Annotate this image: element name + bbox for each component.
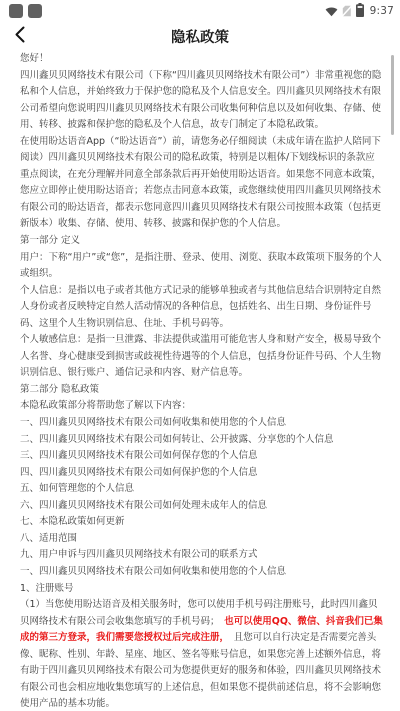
policy-paragraph: 四、四川鑫贝贝网络技术有限公司如何保护您的个人信息 <box>20 465 384 482</box>
policy-text-segment: 一、四川鑫贝贝网络技术有限公司如何收集和使用您的个人信息 <box>20 566 286 577</box>
policy-text-segment: 一、四川鑫贝贝网络技术有限公司如何收集和使用您的个人信息 <box>20 417 286 428</box>
policy-text-segment: 四川鑫贝贝网络技术有限公司（下称“四川鑫贝贝网络技术有限公司”）非常重视您的隐私… <box>20 70 381 131</box>
header: 隐私政策 <box>0 22 400 48</box>
policy-paragraph: 二、四川鑫贝贝网络技术有限公司如何转让、公开披露、分享您的个人信息 <box>20 432 384 449</box>
policy-paragraph: 八、适用范围 <box>20 531 384 548</box>
policy-paragraph: 个人信息：是指以电子或者其他方式记录的能够单独或者与其他信息结合识别特定自然人身… <box>20 283 384 333</box>
policy-text-segment: 五、如何管理您的个人信息 <box>20 483 134 494</box>
policy-text-segment: 第一部分 定义 <box>20 235 80 246</box>
policy-text-segment: 个人敏感信息：是指一旦泄露、非法提供或滥用可能危害人身和财产安全，极易导致个人名… <box>20 334 381 378</box>
status-bar-right: 9:37 <box>325 2 396 21</box>
policy-text-segment: 二、四川鑫贝贝网络技术有限公司如何转让、公开披露、分享您的个人信息 <box>20 434 334 445</box>
policy-text-segment: 本隐私政策部分将帮助您了解以下内容： <box>20 400 191 411</box>
scrollbar-thumb[interactable] <box>391 55 394 135</box>
policy-paragraph: 一、四川鑫贝贝网络技术有限公司如何收集和使用您的个人信息 <box>20 564 384 581</box>
policy-text-segment: 三、四川鑫贝贝网络技术有限公司如何保存您的个人信息 <box>20 450 258 461</box>
policy-text-segment: 在使用盼达语音App（“盼达语音”）前，请您务必仔细阅读（未成年请在监护人陪同下… <box>20 136 381 230</box>
policy-text-segment: 九、用户申诉与四川鑫贝贝网络技术有限公司的联系方式 <box>20 549 258 560</box>
policy-paragraph: 一、四川鑫贝贝网络技术有限公司如何收集和使用您的个人信息 <box>20 415 384 432</box>
policy-text-segment: 六、四川鑫贝贝网络技术有限公司如何处理未成年人的信息 <box>20 500 267 511</box>
notification-icon <box>28 4 42 18</box>
policy-paragraph: 本隐私政策部分将帮助您了解以下内容： <box>20 398 384 415</box>
policy-paragraph: 第一部分 定义 <box>20 233 384 250</box>
policy-paragraph: 1、注册账号 <box>20 581 384 598</box>
policy-text-segment: 个人信息：是指以电子或者其他方式记录的能够单独或者与其他信息结合识别特定自然人身… <box>20 285 381 329</box>
policy-paragraph: 三、四川鑫贝贝网络技术有限公司如何保存您的个人信息 <box>20 448 384 465</box>
battery-icon <box>356 2 364 21</box>
policy-text-segment: 第二部分 隐私政策 <box>20 384 99 395</box>
policy-paragraph: 在使用盼达语音App（“盼达语音”）前，请您务必仔细阅读（未成年请在监护人陪同下… <box>20 134 384 233</box>
policy-paragraph: （1）当您使用盼达语音及相关服务时，您可以使用手机号码注册账号，此时四川鑫贝贝网… <box>20 597 384 711</box>
policy-paragraph: 个人敏感信息：是指一旦泄露、非法提供或滥用可能危害人身和财产安全，极易导致个人名… <box>20 332 384 382</box>
policy-text-segment: 1、注册账号 <box>20 583 74 594</box>
no-sim-icon <box>342 2 352 21</box>
policy-paragraph: 七、本隐私政策如何更新 <box>20 514 384 531</box>
policy-text-segment: 且您可以自行决定是否需要完善头像、昵称、性别、年龄、星座、地区、签名等账号信息，… <box>20 632 381 709</box>
policy-paragraph: 您好！ <box>20 51 384 68</box>
notification-icon <box>9 4 23 18</box>
wifi-icon <box>325 2 338 21</box>
policy-paragraph: 九、用户申诉与四川鑫贝贝网络技术有限公司的联系方式 <box>20 547 384 564</box>
status-bar-clock: 9:37 <box>370 5 394 17</box>
policy-text-segment: 用户：下称“用户”或“您”，是指注册、登录、使用、浏览、获取本政策项下服务的个人… <box>20 252 382 280</box>
page-title: 隐私政策 <box>0 26 400 47</box>
policy-paragraph: 四川鑫贝贝网络技术有限公司（下称“四川鑫贝贝网络技术有限公司”）非常重视您的隐私… <box>20 68 384 134</box>
policy-text-segment: 七、本隐私政策如何更新 <box>20 516 125 527</box>
privacy-policy-screen: 9:37 隐私政策 等级的推广。 您好！四川鑫贝贝网络技术有限公司（下称“四川鑫… <box>0 0 400 711</box>
policy-paragraph: 六、四川鑫贝贝网络技术有限公司如何处理未成年人的信息 <box>20 498 384 515</box>
policy-text: 您好！四川鑫贝贝网络技术有限公司（下称“四川鑫贝贝网络技术有限公司”）非常重视您… <box>20 51 384 711</box>
policy-paragraph: 五、如何管理您的个人信息 <box>20 481 384 498</box>
policy-paragraph: 用户：下称“用户”或“您”，是指注册、登录、使用、浏览、获取本政策项下服务的个人… <box>20 250 384 283</box>
status-bar: 9:37 <box>0 0 400 22</box>
policy-text-segment: 四、四川鑫贝贝网络技术有限公司如何保护您的个人信息 <box>20 467 258 478</box>
policy-paragraph: 第二部分 隐私政策 <box>20 382 384 399</box>
policy-text-segment: 八、适用范围 <box>20 533 77 544</box>
policy-text-segment: 您好！ <box>20 53 49 64</box>
